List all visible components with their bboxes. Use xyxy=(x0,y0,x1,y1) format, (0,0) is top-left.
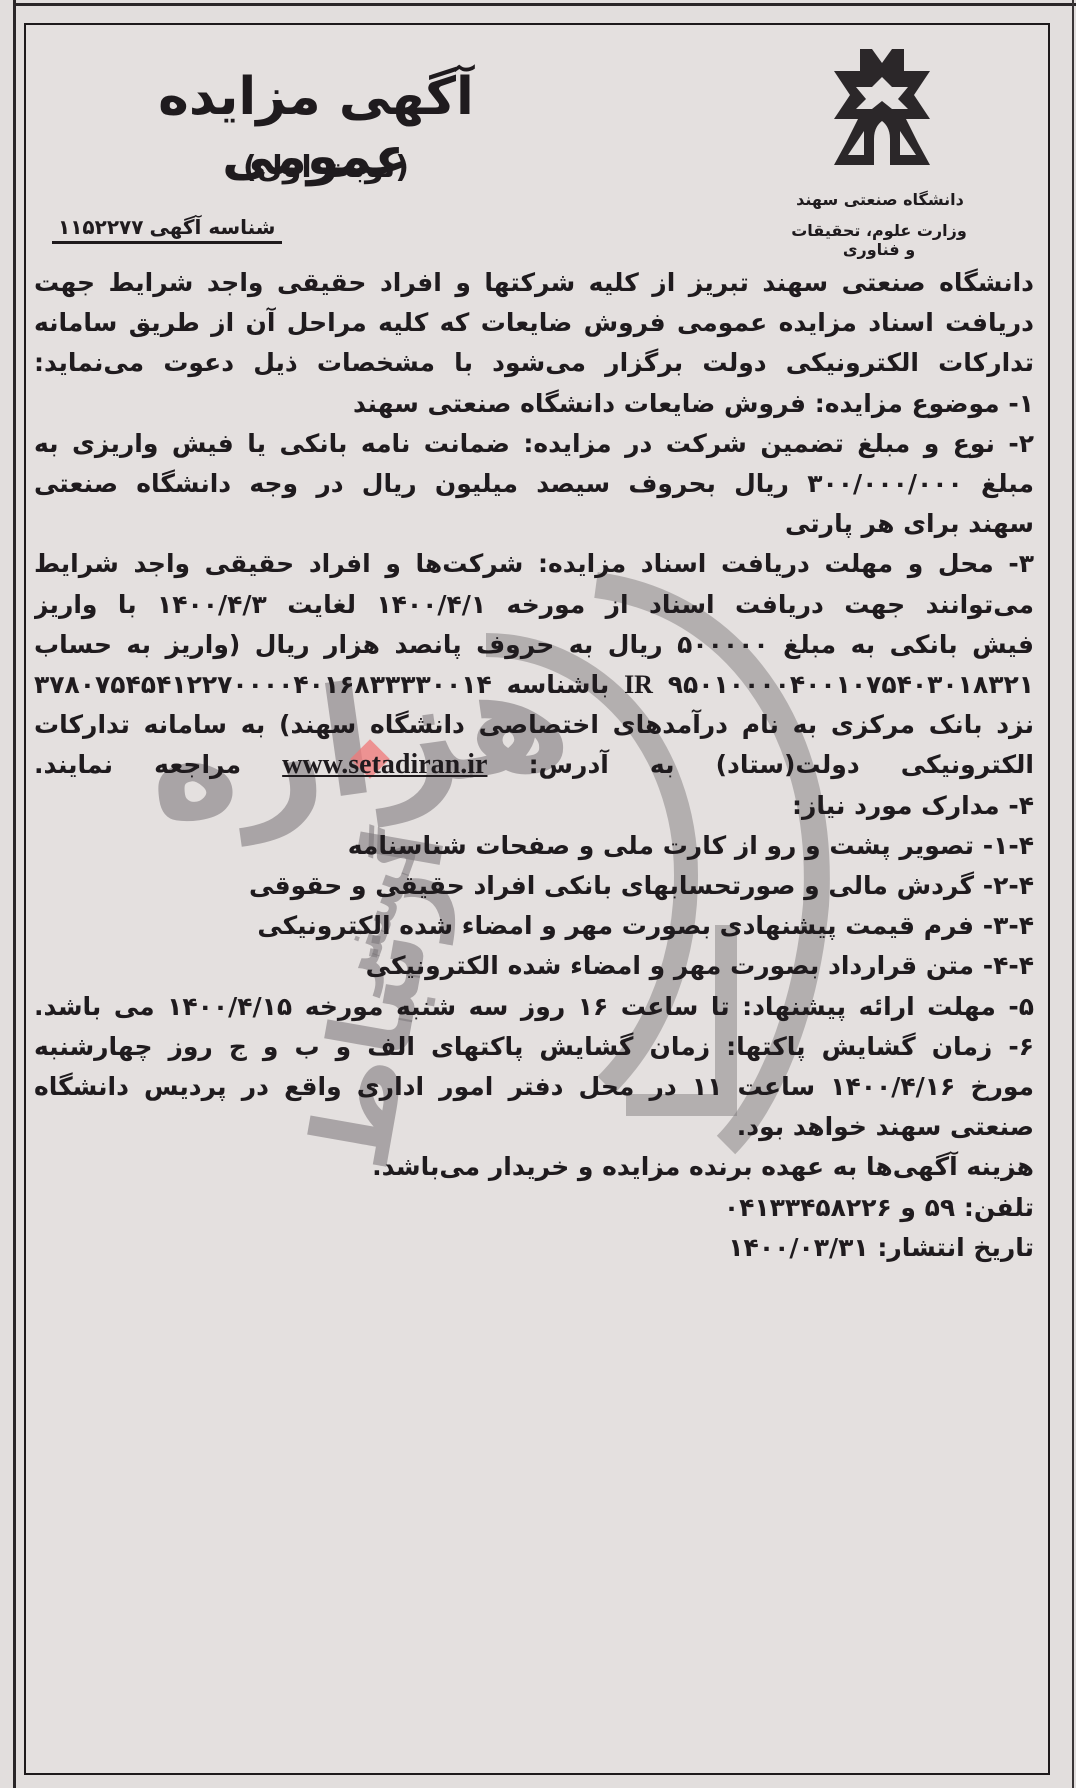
page-frame-top-rule xyxy=(13,3,1076,6)
ad-id-label: شناسه آگهی xyxy=(149,215,275,239)
section-4-title: ۴- مدارک مورد نیاز: xyxy=(34,786,1034,826)
address-label: الکترونیکی دولت(ستاد) به آدرس: xyxy=(529,750,1034,779)
section-6-line: مورخ ۱۴۰۰/۴/۱۶ ساعت ۱۱ در محل دفتر امور … xyxy=(34,1067,1034,1107)
section-2-line: ۲- نوع و مبلغ تضمین شرکت در مزایده: ضمان… xyxy=(34,424,1034,464)
notice-box: هزاره گستر ارتباط دانشگاه صنعتی سهند وزا… xyxy=(24,23,1050,1775)
intro-line: دریافت اسناد مزایده عمومی فروش ضایعات که… xyxy=(34,303,1034,343)
section-3-line: فیش بانکی به مبلغ ۵۰۰۰۰۰ ریال به حروف پا… xyxy=(34,625,1034,665)
sahand-university-logo-icon xyxy=(826,43,938,171)
section-4-item: ۲-۴- گردش مالی و صورتحسابهای بانکی افراد… xyxy=(34,866,1034,906)
publish-date: تاریخ انتشار: ۱۴۰۰/۰۳/۳۱ xyxy=(34,1228,1034,1268)
section-3-line: ۳- محل و مهلت دریافت اسناد مزایده: شرکت‌… xyxy=(34,544,1034,584)
university-name: دانشگاه صنعتی سهند xyxy=(795,190,965,209)
ad-id: شناسه آگهی۱۱۵۲۲۷۷ xyxy=(52,215,282,244)
page-frame-right-rule xyxy=(1072,0,1074,1788)
ir-prefix: IR xyxy=(624,670,653,699)
cost-note: هزینه آگهی‌ها به عهده برنده مزایده و خری… xyxy=(34,1147,1034,1187)
section-4-item: ۴-۴- متن قرارداد بصورت مهر و امضاء شده ا… xyxy=(34,946,1034,986)
section-2-line: سهند برای هر پارتی xyxy=(34,504,1034,544)
setadiran-link[interactable]: www.setadiran.ir xyxy=(282,749,487,780)
page-frame-left-rule xyxy=(13,0,16,1788)
phone: تلفن: ۵۹ و ۰۴۱۳۳۴۵۸۲۲۶ xyxy=(34,1188,1034,1228)
ad-id-value: ۱۱۵۲۲۷۷ xyxy=(58,215,143,239)
section-4-item: ۱-۴- تصویر پشت و رو از کارت ملی و صفحات … xyxy=(34,826,1034,866)
section-3-account-line: ۹۵۰۱۰۰۰۰۴۰۰۱۰۷۵۴۰۳۰۱۸۳۲۱ IR باشناسه ۳۷۸۰… xyxy=(34,665,1034,705)
intro-line: تدارکات الکترونیکی دولت برگزار می‌شود با… xyxy=(34,343,1034,383)
round-label: (نوبت اول) xyxy=(236,150,416,185)
section-4-item: ۳-۴- فرم قیمت پیشنهادی بصورت مهر و امضاء… xyxy=(34,906,1034,946)
section-6-line: صنعتی سهند خواهد بود. xyxy=(34,1107,1034,1147)
section-3-line: نزد بانک مرکزی به نام درآمدهای اختصاصی د… xyxy=(34,705,1034,745)
section-3-line: می‌توانند جهت دریافت اسناد از مورخه ۱۴۰۰… xyxy=(34,585,1034,625)
section-5: ۵- مهلت ارائه پیشنهاد: تا ساعت ۱۶ روز سه… xyxy=(34,987,1034,1027)
sheba-number: ۹۵۰۱۰۰۰۰۴۰۰۱۰۷۵۴۰۳۰۱۸۳۲۱ xyxy=(668,670,1034,699)
section-1: ۱- موضوع مزایده: فروش ضایعات دانشگاه صنع… xyxy=(34,384,1034,424)
refer-text: مراجعه نمایند. xyxy=(34,750,241,779)
shenase-label: باشناسه xyxy=(507,670,610,699)
section-3-url-line: الکترونیکی دولت(ستاد) به آدرس: www.setad… xyxy=(34,745,1034,785)
section-2-line: مبلغ ۳۰۰/۰۰۰/۰۰۰ ریال بحروف سیصد میلیون … xyxy=(34,464,1034,504)
shenase-value: ۳۷۸۰۷۵۴۵۴۱۲۲۷۰۰۰۰۴۰۱۶۸۳۳۳۳۰۰۱۴ xyxy=(34,670,492,699)
notice-body: دانشگاه صنعتی سهند تبریز از کلیه شرکتها … xyxy=(34,263,1034,1268)
intro-line: دانشگاه صنعتی سهند تبریز از کلیه شرکتها … xyxy=(34,263,1034,303)
notice-header: دانشگاه صنعتی سهند وزارت علوم، تحقیقات و… xyxy=(26,25,1048,235)
ministry-name: وزارت علوم، تحقیقات و فناوری xyxy=(784,221,974,259)
section-6-line: ۶- زمان گشایش پاکتها: زمان گشایش پاکتهای… xyxy=(34,1027,1034,1067)
